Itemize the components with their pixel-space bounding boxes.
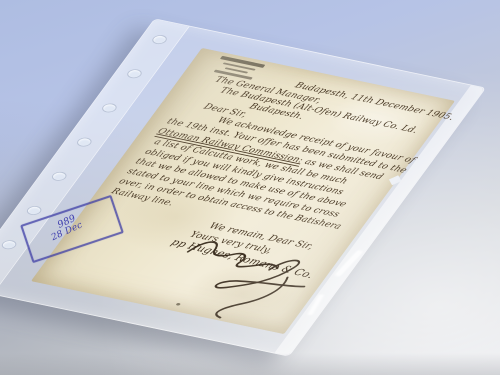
tilted-scene: Budapesth, 11th December 1905. The Gener… <box>31 48 455 334</box>
photo-of-handwritten-letter: Budapesth, 11th December 1905. The Gener… <box>0 0 500 375</box>
